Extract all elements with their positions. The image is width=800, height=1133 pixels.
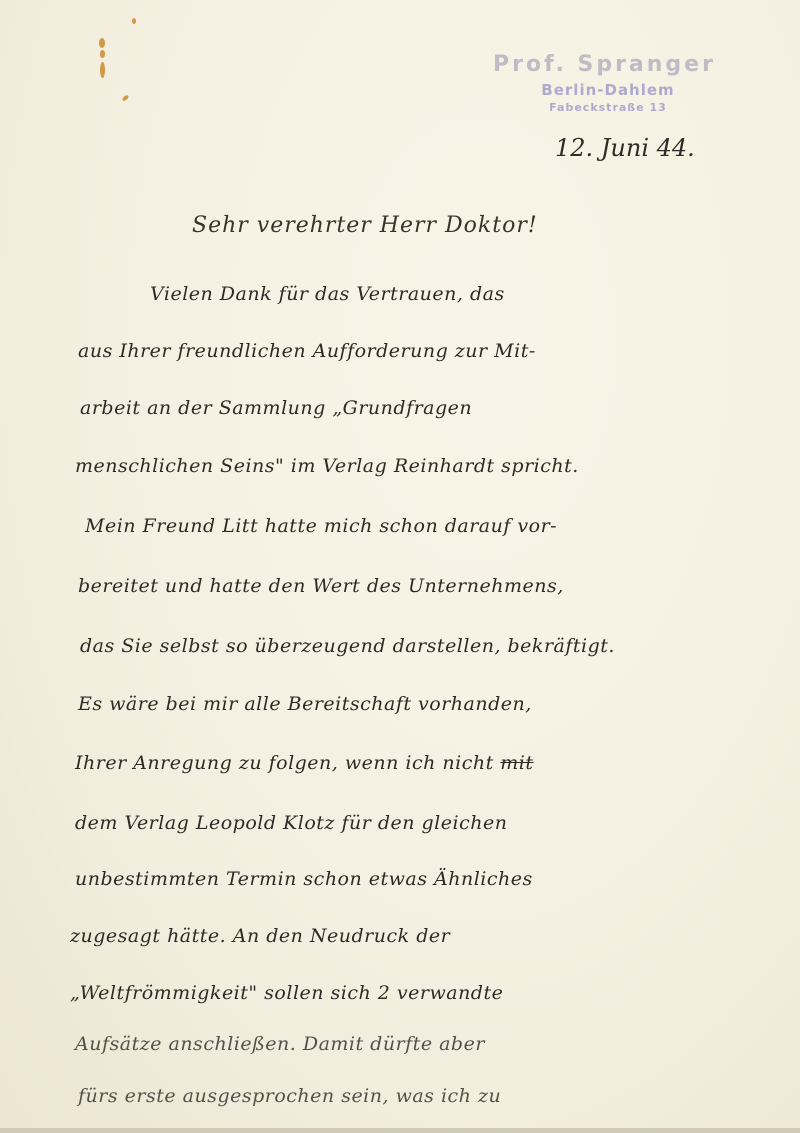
letter-line: Es wäre bei mir alle Bereitschaft vorhan… <box>78 693 532 715</box>
letter-line: dem Verlag Leopold Klotz für den gleiche… <box>75 812 507 834</box>
letter-line: bereitet und hatte den Wert des Unterneh… <box>78 575 564 597</box>
letter-line: aus Ihrer freundlichen Aufforderung zur … <box>78 340 536 362</box>
letter-line: menschlichen Seins" im Verlag Reinhardt … <box>75 455 579 477</box>
stamp-city: Berlin-Dahlem <box>493 81 723 99</box>
struck-word: mit <box>500 752 533 774</box>
rust-stain-mark <box>100 62 105 78</box>
letter-line: fürs erste ausgesprochen sein, was ich z… <box>78 1085 501 1107</box>
rust-stain-mark <box>100 50 105 58</box>
letter-line: „Weltfrömmigkeit" sollen sich 2 verwandt… <box>70 982 503 1004</box>
rust-stain-mark <box>122 94 130 102</box>
salutation: Sehr verehrter Herr Doktor! <box>192 213 538 238</box>
letter-line: unbestimmten Termin schon etwas Ähnliche… <box>75 868 533 890</box>
letter-line-text: Ihrer Anregung zu folgen, wenn ich nicht <box>75 752 494 774</box>
address-stamp: Prof. Spranger Berlin-Dahlem Fabeckstraß… <box>493 52 723 114</box>
letter-line: zugesagt hätte. An den Neudruck der <box>70 925 450 947</box>
letter-date: 12. Juni 44. <box>555 134 695 162</box>
rust-stain-mark <box>132 18 136 24</box>
letter-page: Prof. Spranger Berlin-Dahlem Fabeckstraß… <box>0 0 800 1133</box>
letter-line: Vielen Dank für das Vertrauen, das <box>150 283 505 305</box>
stamp-name: Prof. Spranger <box>493 52 723 77</box>
letter-line: Ihrer Anregung zu folgen, wenn ich nicht… <box>75 752 534 774</box>
letter-line: Mein Freund Litt hatte mich schon darauf… <box>85 515 557 537</box>
rust-stain-mark <box>99 38 105 48</box>
stamp-street: Fabeckstraße 13 <box>493 101 723 114</box>
letter-line: das Sie selbst so überzeugend darstellen… <box>80 635 615 657</box>
letter-line: arbeit an der Sammlung „Grundfragen <box>80 397 472 419</box>
letter-line: Aufsätze anschließen. Damit dürfte aber <box>75 1033 485 1055</box>
paper-bottom-edge <box>0 1128 800 1133</box>
